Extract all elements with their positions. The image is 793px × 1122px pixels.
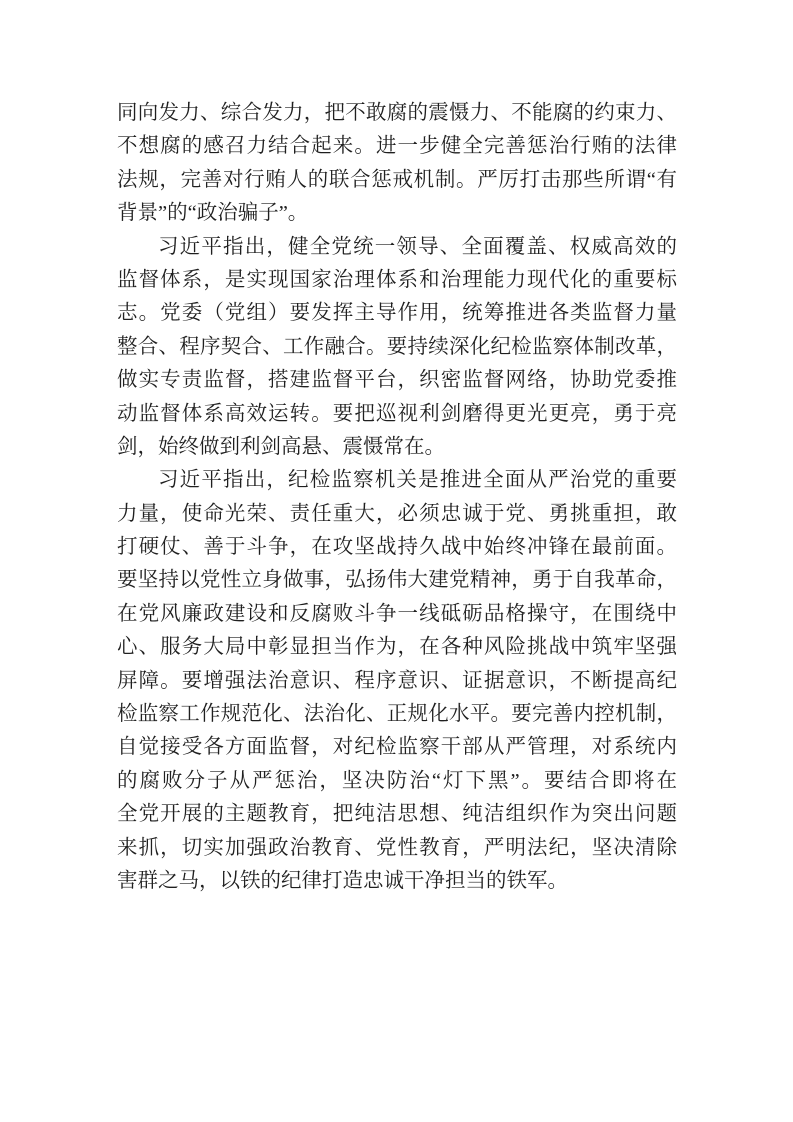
text-line: 剑，始终做到利剑高悬、震慑常在。 bbox=[117, 431, 677, 464]
text-line: 自觉接受各方面监督，对纪检监察干部从严管理，对系统内 bbox=[117, 731, 677, 764]
document-page: 同向发力、综合发力，把不敢腐的震慑力、不能腐的约束力、不想腐的感召力结合起来。进… bbox=[0, 0, 793, 1122]
text-line: 来抓，切实加强政治教育、党性教育，严明法纪，坚决清除 bbox=[117, 832, 677, 865]
text-line: 习近平指出，纪检监察机关是推进全面从严治党的重要 bbox=[117, 464, 677, 497]
text-line: 全党开展的主题教育，把纯洁思想、纯洁组织作为突出问题 bbox=[117, 798, 677, 831]
document-text-block: 同向发力、综合发力，把不敢腐的震慑力、不能腐的约束力、不想腐的感召力结合起来。进… bbox=[117, 97, 677, 898]
text-line: 屏障。要增强法治意识、程序意识、证据意识，不断提高纪 bbox=[117, 665, 677, 698]
text-line: 整合、程序契合、工作融合。要持续深化纪检监察体制改革， bbox=[117, 331, 677, 364]
text-line: 同向发力、综合发力，把不敢腐的震慑力、不能腐的约束力、 bbox=[117, 97, 677, 130]
text-line: 的腐败分子从严惩治，坚决防治“灯下黑”。要结合即将在 bbox=[117, 765, 677, 798]
text-line: 不想腐的感召力结合起来。进一步健全完善惩治行贿的法律 bbox=[117, 130, 677, 163]
text-line: 背景”的“政治骗子”。 bbox=[117, 197, 677, 230]
paragraph-2: 习近平指出，健全党统一领导、全面覆盖、权威高效的监督体系，是实现国家治理体系和治… bbox=[117, 231, 677, 465]
text-line: 做实专责监督，搭建监督平台，织密监督网络，协助党委推 bbox=[117, 364, 677, 397]
text-line: 要坚持以党性立身做事，弘扬伟大建党精神，勇于自我革命， bbox=[117, 564, 677, 597]
paragraph-1: 同向发力、综合发力，把不敢腐的震慑力、不能腐的约束力、不想腐的感召力结合起来。进… bbox=[117, 97, 677, 231]
paragraph-3: 习近平指出，纪检监察机关是推进全面从严治党的重要力量，使命光荣、责任重大，必须忠… bbox=[117, 464, 677, 898]
text-line: 习近平指出，健全党统一领导、全面覆盖、权威高效的 bbox=[117, 231, 677, 264]
text-line: 志。党委（党组）要发挥主导作用，统筹推进各类监督力量 bbox=[117, 297, 677, 330]
text-line: 法规，完善对行贿人的联合惩戒机制。严厉打击那些所谓“有 bbox=[117, 164, 677, 197]
text-line: 害群之马，以铁的纪律打造忠诚干净担当的铁军。 bbox=[117, 865, 677, 898]
text-line: 打硬仗、善于斗争，在攻坚战持久战中始终冲锋在最前面。 bbox=[117, 531, 677, 564]
text-line: 动监督体系高效运转。要把巡视利剑磨得更光更亮，勇于亮 bbox=[117, 398, 677, 431]
text-line: 心、服务大局中彰显担当作为，在各种风险挑战中筑牢坚强 bbox=[117, 631, 677, 664]
text-line: 在党风廉政建设和反腐败斗争一线砥砺品格操守，在围绕中 bbox=[117, 598, 677, 631]
text-line: 力量，使命光荣、责任重大，必须忠诚于党、勇挑重担，敢 bbox=[117, 498, 677, 531]
text-line: 检监察工作规范化、法治化、正规化水平。要完善内控机制， bbox=[117, 698, 677, 731]
text-line: 监督体系，是实现国家治理体系和治理能力现代化的重要标 bbox=[117, 264, 677, 297]
